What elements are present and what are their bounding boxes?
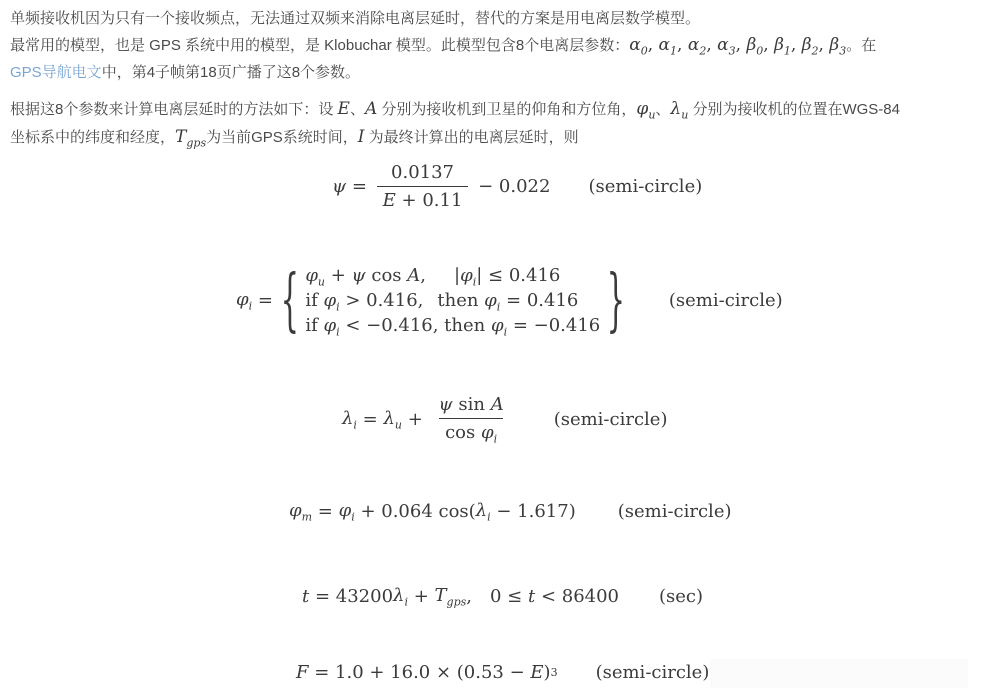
text-span: 分别为接收机的位置在WGS-84 — [688, 101, 900, 118]
inline-math: , — [819, 35, 830, 55]
inline-math: I — [358, 127, 365, 147]
inline-math: β0 — [746, 35, 763, 55]
text-line-2: 最常用的模型，也是 GPS 系统中用的模型，是 Klobuchar 模型。此模型… — [10, 32, 876, 59]
text-span: 、 — [655, 101, 670, 118]
formula-psi: ψ = 0.0137E + 0.11 − 0.022(semi-circle) — [332, 162, 702, 211]
paragraph-method: 根据这8个参数来计算电离层延时的方法如下：设 E、A 分别为接收机到卫星的仰角和… — [10, 95, 900, 151]
text-span: 单频接收机因为只有一个接收频点，无法通过双频来消除电离层延时，替代的方案是用电离… — [10, 10, 700, 27]
text-span: 坐标系中的纬度和经度， — [10, 129, 175, 146]
inline-math: β2 — [802, 35, 819, 55]
text-span: 根据这8个参数来计算电离层延时的方法如下：设 — [10, 101, 338, 118]
inline-math: Tgps — [175, 127, 206, 147]
inline-math: φu — [636, 99, 655, 119]
formula-lambda-i: λi = λu + ψ sin Acos φi(semi-circle) — [342, 394, 667, 446]
formula-local-time: t = 43200λi + Tgps,0 ≤ t < 86400(sec) — [302, 585, 703, 609]
text-line-3: GPS导航电文中，第4子帧第18页广播了这8个参数。 — [10, 59, 876, 86]
formula-phi-i-cases: φi = {φu + ψ cos A,|φi| ≤ 0.416if φi > 0… — [236, 263, 783, 338]
text-line-4: 根据这8个参数来计算电离层延时的方法如下：设 E、A 分别为接收机到卫星的仰角和… — [10, 95, 900, 123]
text-line-5: 坐标系中的纬度和经度，Tgps为当前GPS系统时间，I 为最终计算出的电离层延时… — [10, 123, 900, 151]
inline-math: α1 — [659, 35, 677, 55]
gps-nav-message-link[interactable]: GPS导航电文 — [10, 64, 102, 81]
text-line-1: 单频接收机因为只有一个接收频点，无法通过双频来消除电离层延时，替代的方案是用电离… — [10, 5, 876, 32]
inline-math: β3 — [829, 35, 846, 55]
inline-math: λu — [670, 99, 688, 119]
text-span: 最常用的模型，也是 GPS 系统中用的模型，是 Klobuchar 模型。此模型… — [10, 37, 629, 54]
inline-math: , — [763, 35, 774, 55]
text-span: 为最终计算出的电离层延时，则 — [365, 129, 579, 146]
article-content: 单频接收机因为只有一个接收频点，无法通过双频来消除电离层延时，替代的方案是用电离… — [0, 0, 984, 695]
inline-math: A — [365, 99, 377, 119]
formula-obliquity-factor: F = 1.0 + 16.0 × (0.53 − E)3(semi-circle… — [296, 662, 709, 683]
inline-math: , — [736, 35, 747, 55]
inline-math: α3 — [717, 35, 735, 55]
text-span: 、 — [350, 101, 365, 118]
formula-phi-m: φm = φi + 0.064 cos(λi − 1.617)(semi-cir… — [289, 500, 732, 524]
right-brace: } — [607, 261, 625, 341]
inline-math: α2 — [688, 35, 706, 55]
inline-math: , — [648, 35, 659, 55]
paragraph-intro: 单频接收机因为只有一个接收频点，无法通过双频来消除电离层延时，替代的方案是用电离… — [10, 5, 876, 86]
left-brace: { — [280, 261, 298, 341]
inline-math: α0 — [629, 35, 647, 55]
inline-math: β1 — [774, 35, 791, 55]
inline-math: , — [791, 35, 802, 55]
text-span: 为当前GPS系统时间， — [206, 129, 358, 146]
inline-math: E — [338, 99, 350, 119]
text-span: 分别为接收机到卫星的仰角和方位角， — [377, 101, 636, 118]
bottom-right-panel — [710, 659, 968, 688]
text-span: 。在 — [846, 37, 876, 54]
text-span: 中，第4子帧第18页广播了这8个参数。 — [102, 64, 360, 81]
inline-math: , — [677, 35, 688, 55]
inline-math: , — [706, 35, 717, 55]
